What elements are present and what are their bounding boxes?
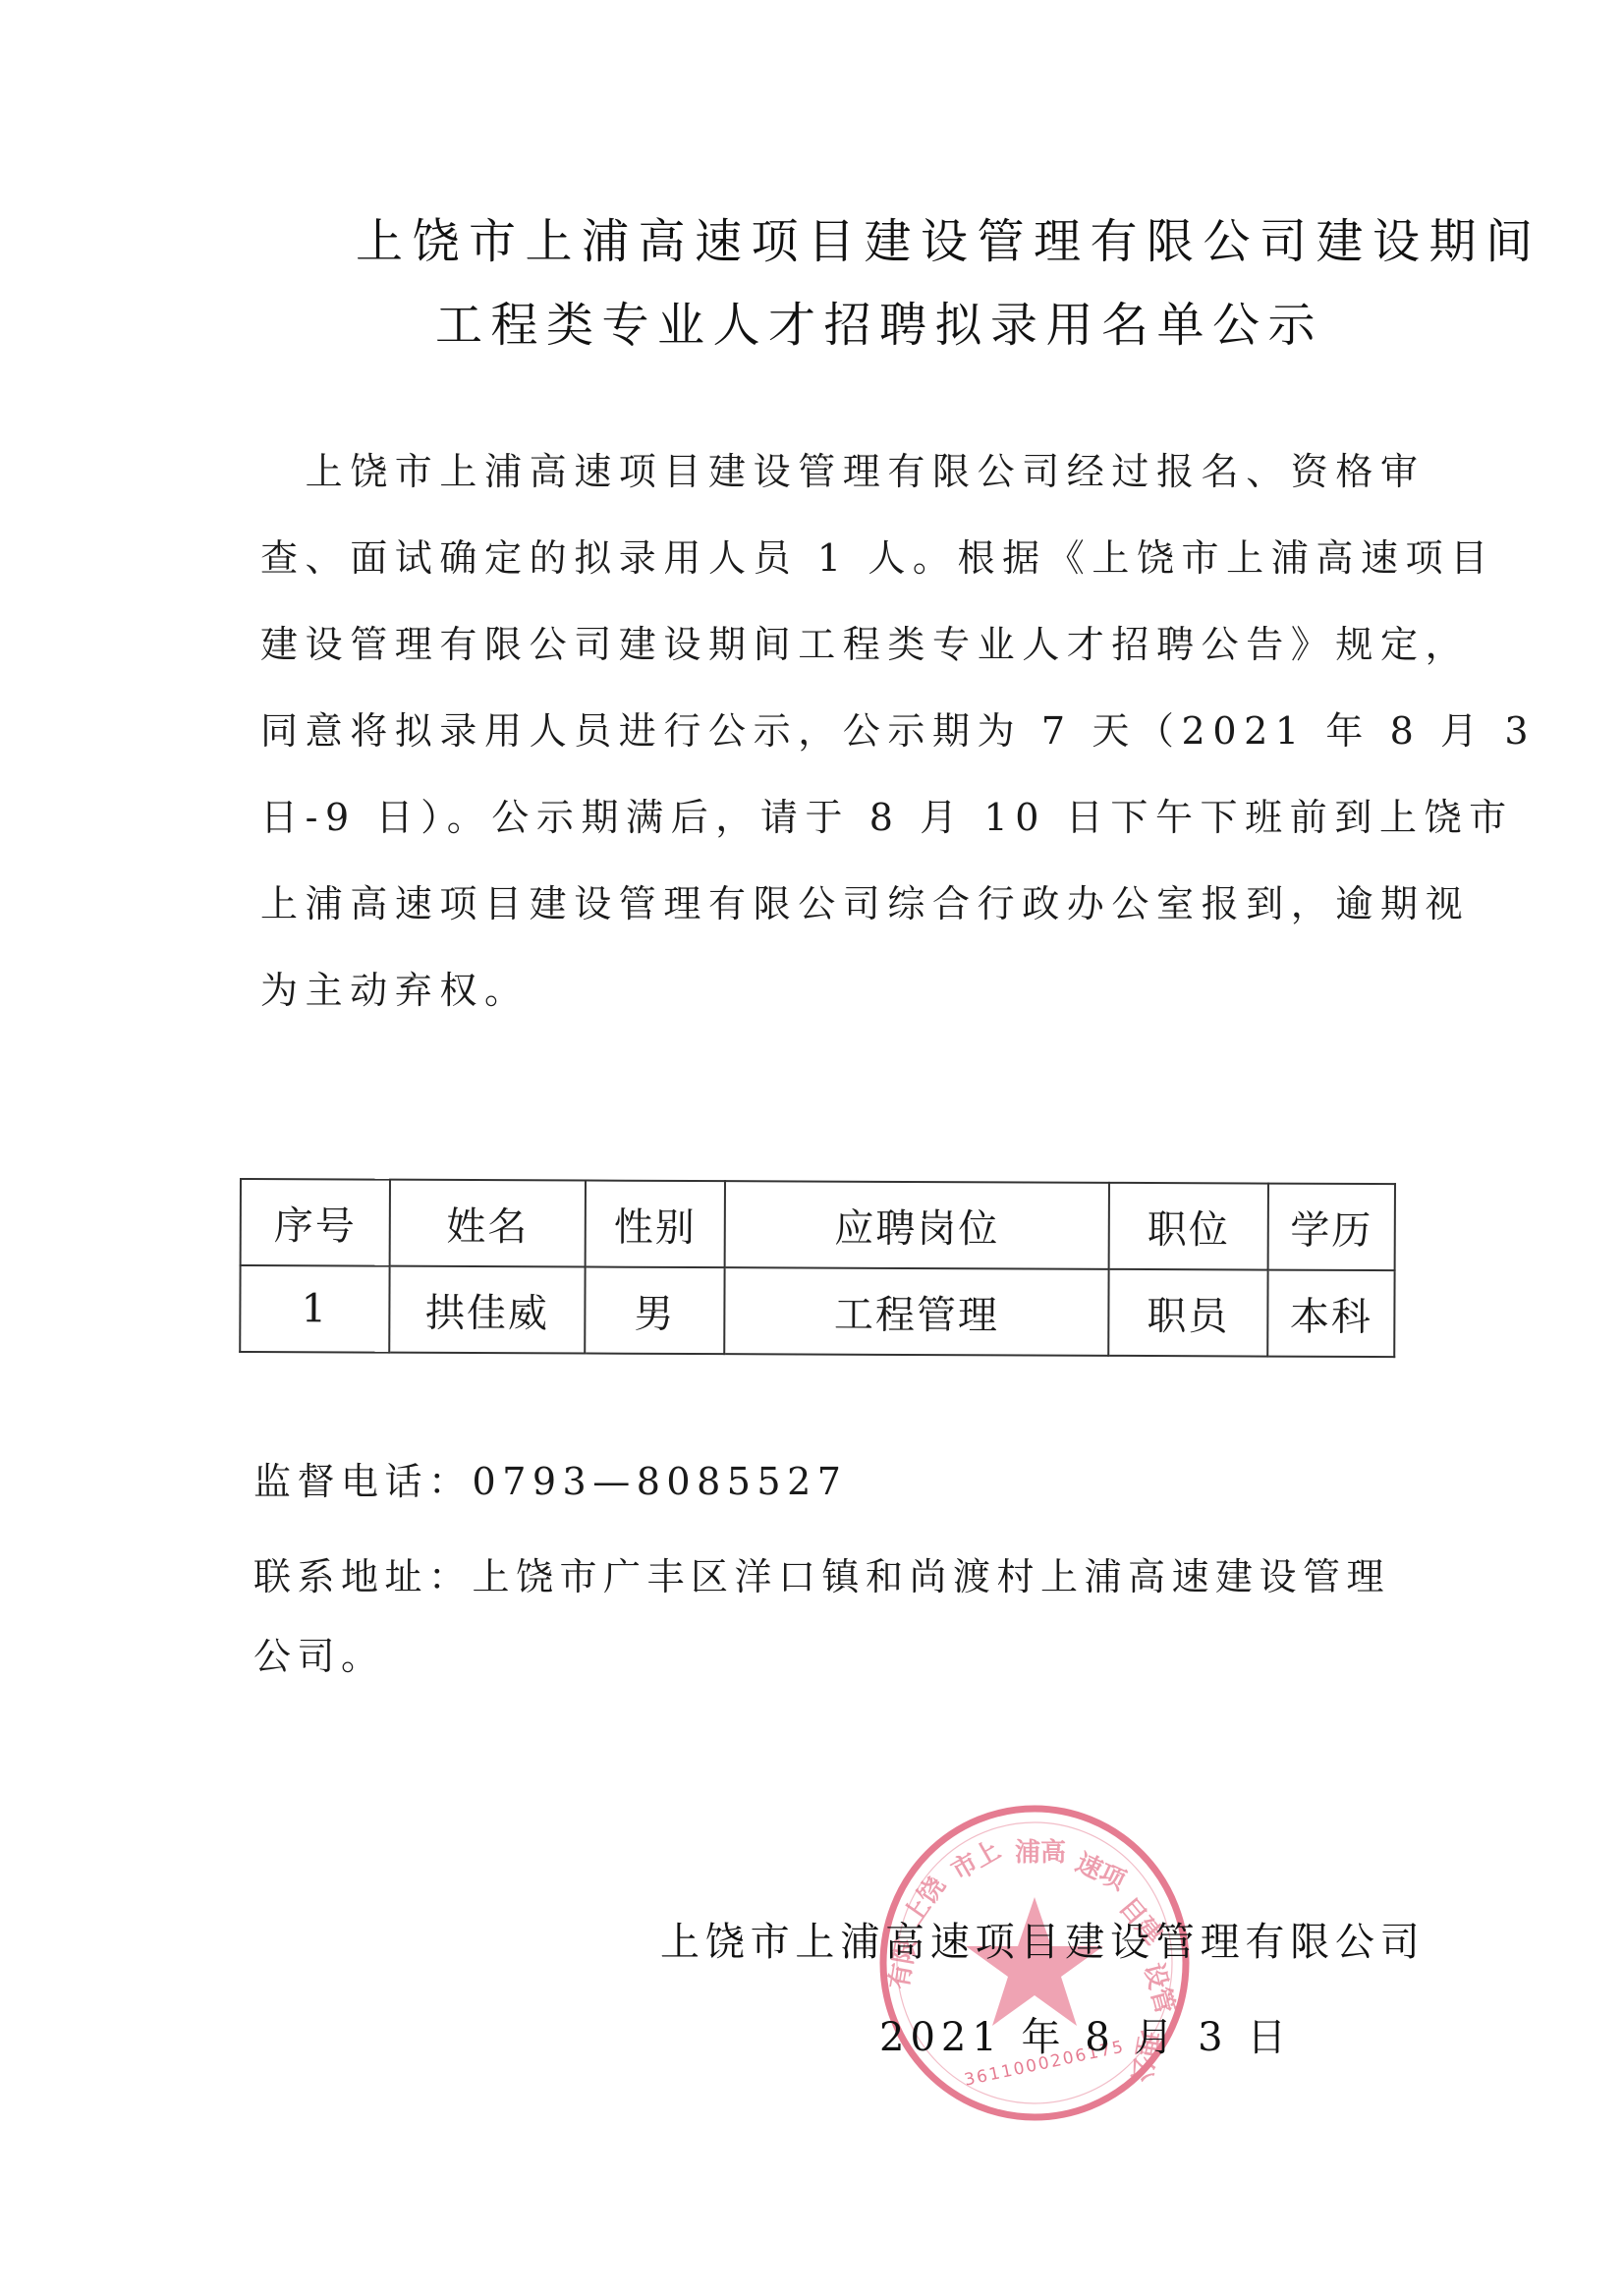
candidate-table: 序号 姓名 性别 应聘岗位 职位 学历 1 拱佳威 男 工程管理 职员 本科: [239, 1178, 1396, 1358]
header-cell-gender: 性别: [586, 1181, 725, 1268]
table-row: 1 拱佳威 男 工程管理 职员 本科: [240, 1265, 1394, 1357]
cell-position-applied: 工程管理: [724, 1267, 1108, 1356]
document-title-line-2: 工程类专业人才招聘拟录用名单公示: [435, 298, 1323, 353]
phone-number: 0793—8085527: [473, 1460, 848, 1503]
supervision-phone: 监督电话：0793—8085527: [253, 1460, 847, 1503]
cell-education: 本科: [1267, 1270, 1394, 1358]
body-line: 上浦高速项目建设管理有限公司综合行政办公室报到，逾期视: [260, 861, 1390, 947]
body-paragraph: 上饶市上浦高速项目建设管理有限公司经过报名、资格审 查、面试确定的拟录用人员 1…: [260, 428, 1390, 1034]
document-title-line-1: 上饶市上浦高速项目建设管理有限公司建设期间: [356, 214, 1542, 269]
header-cell-name: 姓名: [390, 1180, 586, 1267]
address-label: 联系地址：: [253, 1555, 473, 1598]
cell-gender: 男: [585, 1267, 724, 1355]
cell-index: 1: [240, 1265, 389, 1353]
contact-address-continued: 公司。: [253, 1635, 385, 1678]
header-cell-education: 学历: [1268, 1184, 1395, 1271]
contact-address: 联系地址：上饶市广丰区洋口镇和尚渡村上浦高速建设管理: [253, 1555, 1390, 1598]
svg-text:设管: 设管: [1138, 1960, 1180, 2017]
document-page: 上饶市上浦高速项目建设管理有限公司建设期间 工程类专业人才招聘拟录用名单公示 上…: [0, 0, 1624, 2295]
body-line: 为主动弃权。: [260, 947, 1390, 1034]
svg-text:速项: 速项: [1071, 1848, 1131, 1897]
body-line: 查、面试确定的拟录用人员 1 人。根据《上饶市上浦高速项目: [260, 515, 1390, 601]
svg-text:浦高: 浦高: [1015, 1837, 1066, 1868]
body-line: 建设管理有限公司建设期间工程类专业人才招聘公告》规定，: [260, 601, 1390, 688]
table-header-row: 序号 姓名 性别 应聘岗位 职位 学历: [241, 1179, 1395, 1270]
body-line: 日-9 日）。公示期满后，请于 8 月 10 日下午下班前到上饶市: [260, 774, 1390, 861]
body-line: 同意将拟录用人员进行公示，公示期为 7 天（2021 年 8 月 3: [260, 688, 1390, 774]
signature-date: 2021 年 8 月 3 日: [879, 2014, 1292, 2061]
signature-company: 上饶市上浦高速项目建设管理有限公司: [660, 1919, 1426, 1966]
header-cell-title: 职位: [1109, 1183, 1268, 1270]
phone-label: 监督电话：: [253, 1460, 473, 1503]
cell-title: 职员: [1108, 1269, 1267, 1357]
header-cell-index: 序号: [241, 1179, 390, 1266]
svg-text:市上: 市上: [947, 1835, 1006, 1886]
header-cell-position-applied: 应聘岗位: [725, 1181, 1109, 1269]
cell-name: 拱佳威: [389, 1266, 585, 1354]
body-line: 上饶市上浦高速项目建设管理有限公司经过报名、资格审: [260, 428, 1390, 515]
address-text: 上饶市广丰区洋口镇和尚渡村上浦高速建设管理: [473, 1555, 1391, 1598]
